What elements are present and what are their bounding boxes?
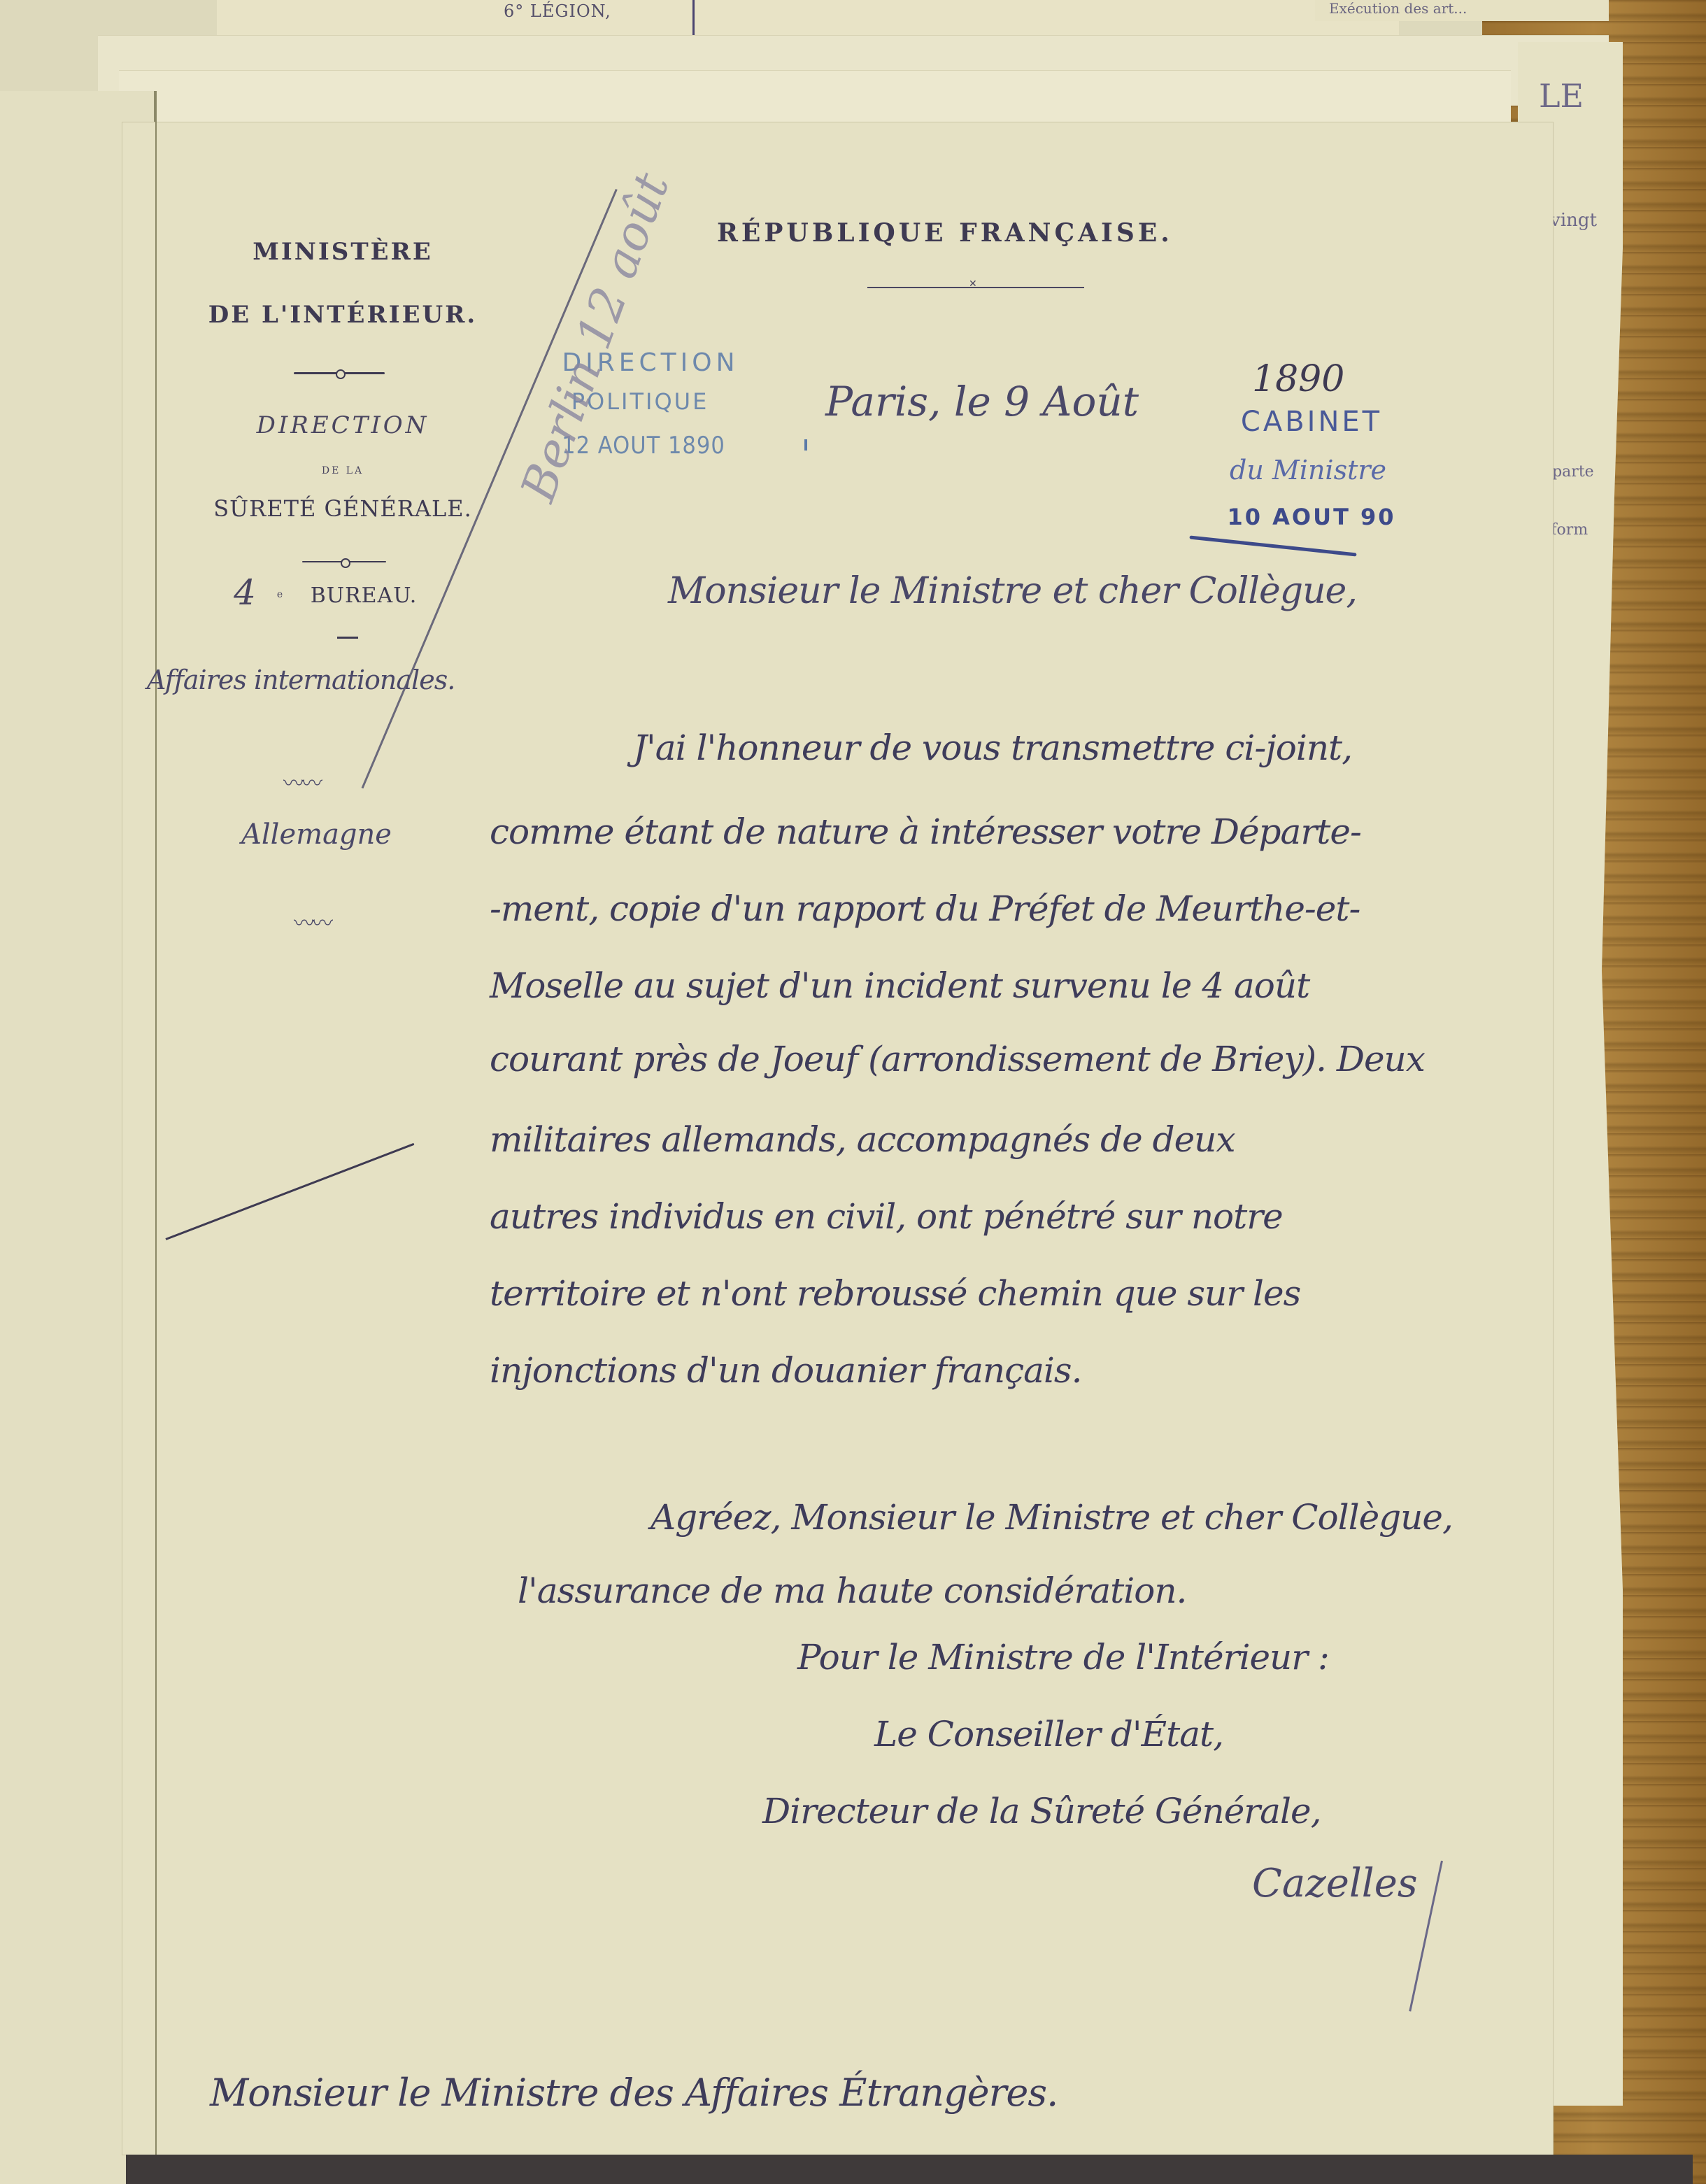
de-la-label: DE LA — [301, 465, 385, 476]
signature-block-line: Le Conseiller d'État, — [874, 1714, 1223, 1754]
underlying-text-fragment: Exécution des art... — [1329, 0, 1467, 17]
body-line: Moselle au sujet d'un incident survenu l… — [490, 965, 1309, 1006]
squiggle-divider: 〰〰 — [283, 766, 320, 797]
bureau-number: 4 — [224, 572, 266, 613]
ministry-subtitle: DE L'INTÉRIEUR. — [175, 301, 511, 329]
dash-divider — [337, 637, 358, 639]
stamp-cabinet-date: 10 AOUT 90 — [1217, 504, 1406, 530]
body-line: autres individus en civil, ont pénétré s… — [490, 1196, 1283, 1237]
page-bottom-shadow — [126, 2155, 1693, 2184]
bureau-label: BUREAU. — [301, 583, 427, 608]
ornament-divider — [302, 561, 386, 562]
ornament-divider — [294, 372, 385, 374]
addressee: Monsieur le Ministre des Affaires Étrang… — [210, 2071, 1058, 2115]
legion-header-fragment: 6° LÉGION, — [504, 1, 611, 21]
stamp-cabinet-line1: CABINET — [1217, 406, 1406, 438]
closing-line: l'assurance de ma haute considération. — [518, 1570, 1186, 1611]
body-line: -ment, copie d'un rapport du Préfet de M… — [490, 888, 1360, 929]
body-line: territoire et n'ont rebroussé chemin que… — [490, 1273, 1300, 1314]
ornament-rule — [867, 287, 1084, 288]
salutation: Monsieur le Ministre et cher Collègue, — [668, 570, 1357, 612]
body-line: courant près de Joeuf (arrondissement de… — [490, 1039, 1425, 1079]
ministry-title: MINISTÈRE — [210, 238, 476, 266]
place-and-date: Paris, le 9 Août — [825, 378, 1139, 425]
body-line: militaires allemands, accompagnés de deu… — [490, 1119, 1235, 1160]
signature-block-line: Pour le Ministre de l'Intérieur : — [797, 1637, 1329, 1678]
bureau-suffix: e — [273, 589, 287, 600]
closing-line: Agréez, Monsieur le Ministre et cher Col… — [651, 1497, 1453, 1538]
body-line: J'ai l'honneur de vous transmettre ci-jo… — [633, 728, 1352, 768]
stamp-cabinet-line2: du Ministre — [1189, 455, 1427, 485]
country-allemagne: Allemagne — [241, 818, 392, 851]
surete-generale-label: SÛRETÉ GÉNÉRALE. — [203, 495, 483, 522]
body-line: injonctions d'un douanier français. — [490, 1350, 1081, 1391]
date-year: 1890 — [1252, 358, 1344, 400]
form-fragment: LE — [1539, 77, 1584, 115]
direction-label: DIRECTION — [231, 411, 455, 439]
ink-mark — [804, 439, 807, 451]
legion-rule — [692, 0, 695, 38]
page-fold-line — [155, 91, 157, 2184]
signature-block-line: Directeur de la Sûreté Générale, — [762, 1791, 1321, 1831]
signature: Cazelles — [1252, 1861, 1418, 1906]
squiggle-divider: 〰〰 — [294, 906, 330, 937]
body-line: comme étant de nature à intéresser votre… — [490, 811, 1361, 852]
republique-francaise-heading: RÉPUBLIQUE FRANÇAISE. — [717, 218, 1249, 248]
